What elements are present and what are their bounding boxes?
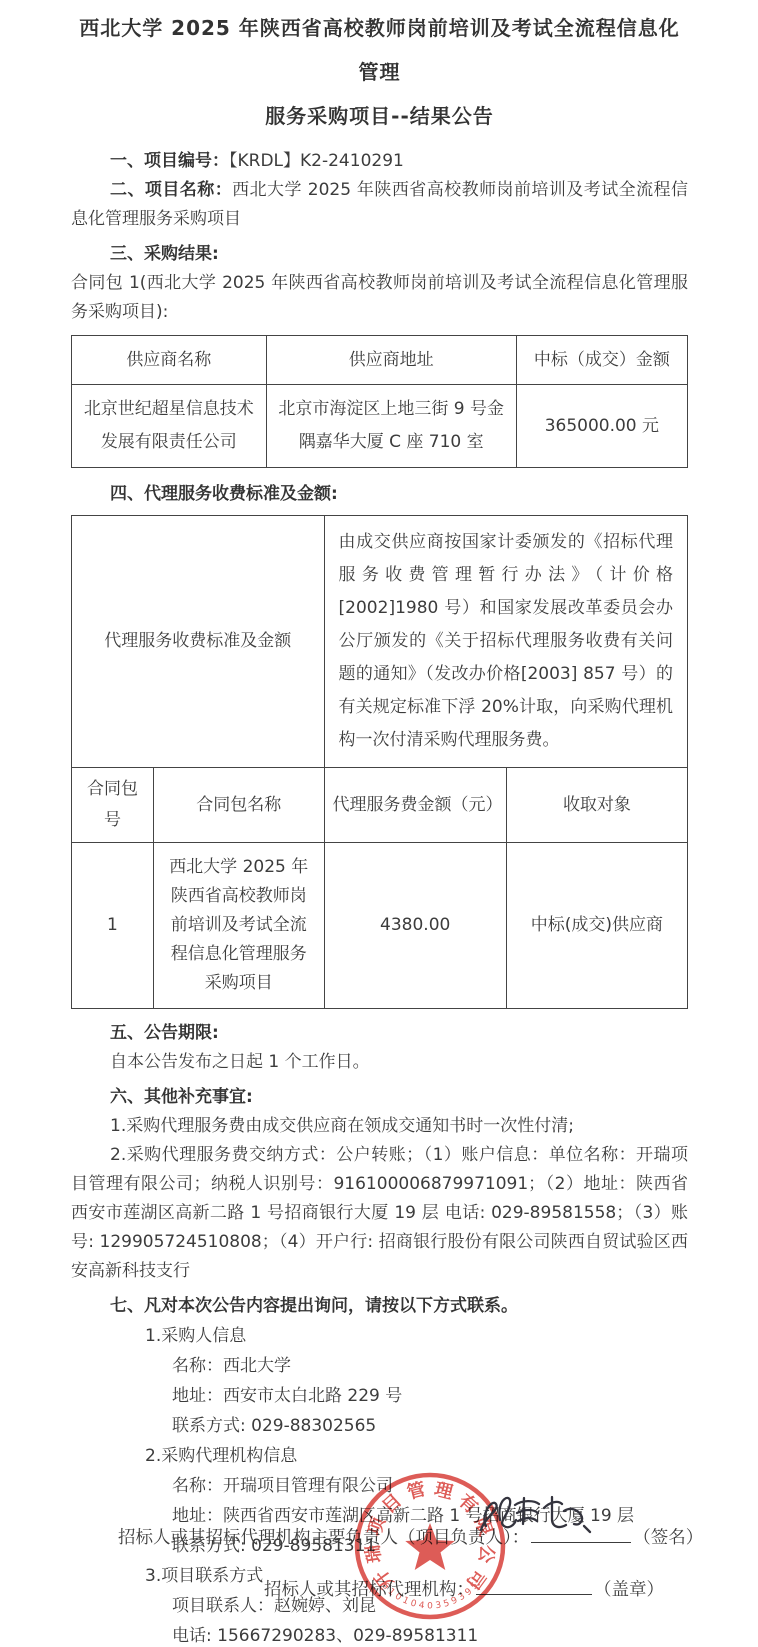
supplement-item-1: 1.采购代理服务费由成交供应商在领成交通知书时一次性付清; (71, 1112, 688, 1141)
header-fee-payer: 收取对象 (506, 768, 687, 843)
header-fee-amount: 代理服务费金额（元） (324, 768, 506, 843)
result-table-header-row: 供应商名称 供应商地址 中标（成交）金额 (72, 336, 688, 385)
award-amount-cell: 365000.00 元 (516, 385, 687, 468)
supplement-item-2: 2.采购代理服务费交纳方式：公户转账；（1）账户信息：单位名称：开瑞项目管理有限… (71, 1141, 688, 1286)
section-fee-heading: 四、代理服务收费标准及金额: (71, 480, 688, 509)
header-package-name: 合同包名称 (153, 768, 324, 843)
section-project-name: 二、项目名称：西北大学 2025 年陕西省高校教师岗前培训及考试全流程信息化管理… (71, 176, 688, 234)
fee-table: 代理服务收费标准及金额 由成交供应商按国家计委颁发的《招标代理服务收费管理暂行办… (71, 515, 688, 1009)
svg-text:5: 5 (443, 1599, 451, 1610)
svg-text:0: 0 (409, 1599, 418, 1610)
purchaser-info-title: 1.采购人信息 (71, 1321, 688, 1351)
document-content: 西北大学 2025 年陕西省高校教师岗前培训及考试全流程信息化管理 服务采购项目… (71, 6, 688, 1647)
handwritten-signature (476, 1486, 596, 1544)
result-table-data-row: 北京世纪超星信息技术发展有限责任公司 北京市海淀区上地三街 9 号金隅嘉华大厦 … (72, 385, 688, 468)
seal-line-suffix: （盖章） (594, 1580, 664, 1600)
project-name-label: 二、项目名称： (110, 180, 232, 200)
svg-text:瑞: 瑞 (361, 1543, 385, 1564)
purchaser-phone: 联系方式: 029-88302565 (71, 1411, 688, 1441)
section-project-number: 一、项目编号：【KRDL】K2-2410291 (71, 147, 688, 176)
title-line-1: 西北大学 2025 年陕西省高校教师岗前培训及考试全流程信息化管理 (71, 6, 688, 94)
section-supplement-heading: 六、其他补充事宜: (71, 1083, 688, 1112)
fee-table-data-row: 1 西北大学 2025 年陕西省高校教师岗前培训及考试全流程信息化管理服务采购项… (72, 843, 688, 1009)
svg-text:项: 项 (363, 1513, 390, 1538)
fee-standard-text-cell: 由成交供应商按国家计委颁发的《招标代理服务收费管理暂行办法》（计价格[2002]… (324, 516, 687, 768)
svg-text:管: 管 (405, 1478, 428, 1504)
fee-payer-cell: 中标(成交)供应商 (506, 843, 687, 1009)
svg-text:1: 1 (401, 1596, 410, 1607)
project-number-label: 一、项目编号： (110, 151, 229, 171)
fee-amount-cell: 4380.00 (324, 843, 506, 1009)
page-title: 西北大学 2025 年陕西省高校教师岗前培训及考试全流程信息化管理 服务采购项目… (71, 6, 688, 138)
svg-text:理: 理 (432, 1479, 456, 1504)
package-number-cell: 1 (72, 843, 154, 1009)
supplier-name-cell: 北京世纪超星信息技术发展有限责任公司 (72, 385, 267, 468)
announcement-period-text: 自本公告发布之日起 1 个工作日。 (71, 1048, 688, 1077)
svg-text:4: 4 (418, 1601, 425, 1612)
result-table: 供应商名称 供应商地址 中标（成交）金额 北京世纪超星信息技术发展有限责任公司 … (71, 335, 688, 468)
svg-text:公: 公 (474, 1543, 497, 1564)
header-package-number: 合同包号 (72, 768, 154, 843)
header-award-amount: 中标（成交）金额 (516, 336, 687, 385)
signer-line-suffix: （签名） (633, 1528, 703, 1548)
package-name-cell: 西北大学 2025 年陕西省高校教师岗前培训及考试全流程信息化管理服务采购项目 (153, 843, 324, 1009)
document-page: 西北大学 2025 年陕西省高校教师岗前培训及考试全流程信息化管理 服务采购项目… (0, 0, 758, 1647)
signature-strokes (481, 1497, 590, 1532)
header-supplier-address: 供应商地址 (266, 336, 516, 385)
header-supplier-name: 供应商名称 (72, 336, 267, 385)
title-line-2: 服务采购项目--结果公告 (71, 94, 688, 138)
fee-standard-row: 代理服务收费标准及金额 由成交供应商按国家计委颁发的《招标代理服务收费管理暂行办… (72, 516, 688, 768)
purchaser-address: 地址：西安市太白北路 229 号 (71, 1381, 688, 1411)
fee-table-header-row: 合同包号 合同包名称 代理服务费金额（元） 收取对象 (72, 768, 688, 843)
agency-info-title: 2.采购代理机构信息 (71, 1441, 688, 1471)
section-result-heading: 三、采购结果: (71, 240, 688, 269)
supplier-address-cell: 北京市海淀区上地三街 9 号金隅嘉华大厦 C 座 710 室 (266, 385, 516, 468)
project-contact-phone: 电话: 15667290283、029-89581311 (71, 1621, 688, 1647)
result-intro: 合同包 1(西北大学 2025 年陕西省高校教师岗前培训及考试全流程信息化管理服… (71, 269, 688, 327)
fee-standard-label-cell: 代理服务收费标准及金额 (72, 516, 325, 768)
project-number-value: 【KRDL】K2-2410291 (229, 151, 404, 171)
svg-text:0: 0 (427, 1602, 433, 1612)
section-period-heading: 五、公告期限: (71, 1019, 688, 1048)
purchaser-name: 名称：西北大学 (71, 1351, 688, 1381)
section-inquiry-heading: 七、凡对本次公告内容提出询问，请按以下方式联系。 (71, 1292, 688, 1321)
svg-text:3: 3 (435, 1601, 442, 1612)
